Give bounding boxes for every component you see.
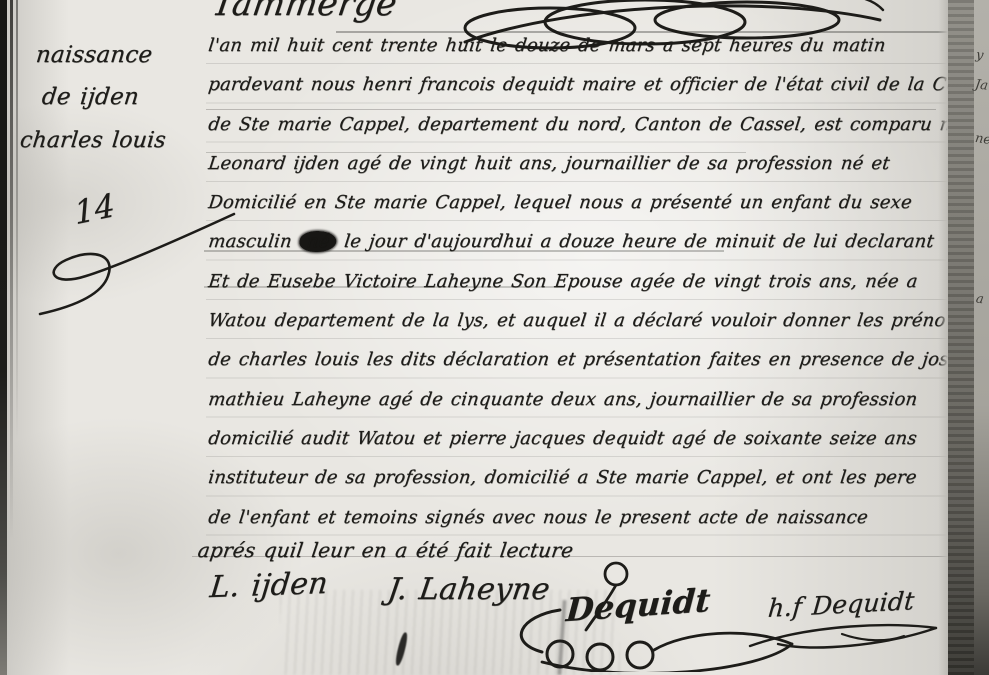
facing-page-fragment: ne <box>974 131 989 148</box>
gutter-transition <box>938 0 948 675</box>
margin-title-line-1: naissance <box>35 42 154 68</box>
page-gutter <box>948 0 974 675</box>
facing-page-strip <box>974 0 989 675</box>
body-line-3: de Ste marie Cappel, departement du nord… <box>206 105 967 144</box>
artifact-fold-line <box>192 556 962 557</box>
body-line-11: domicilié audit Watou et pierre jacques … <box>206 419 967 458</box>
facing-page-fragment: Ja <box>974 77 989 94</box>
act-body: l'an mil huit cent trente huit le douze … <box>206 26 962 537</box>
body-line-4: Leonard ijden agé de vingt huit ans, jou… <box>206 144 967 183</box>
body-line-12: instituteur de sa profession, domicilié … <box>206 458 967 497</box>
body-line-9: de charles louis les dits déclaration et… <box>206 340 967 379</box>
smudge-area <box>280 590 620 675</box>
binding-streak-thin <box>16 0 18 440</box>
body-line-8: Watou departement de la lys, et auquel i… <box>206 301 967 340</box>
artifact-line-row7 <box>204 286 564 288</box>
artifact-line-row4 <box>206 152 746 153</box>
artifact-line-row3 <box>206 109 936 110</box>
body-line-13: de l'enfant et temoins signés avec nous … <box>206 498 967 537</box>
body-line-6: masculin né le jour d'aujourdhui a douze… <box>206 222 967 261</box>
signature-hf-dequidt-flourish <box>742 618 946 656</box>
body-line-7: Et de Eusebe Victoire Laheyne Son Epouse… <box>206 262 967 301</box>
artifact-line-top <box>336 31 958 33</box>
binding-streak <box>10 0 13 540</box>
margin-title-line-3: charles louis <box>19 128 167 153</box>
prev-entry-fragment: Tammerge <box>209 0 399 24</box>
binding-edge-left <box>0 0 7 675</box>
body-line-10: mathieu Laheyne agé de cinquante deux an… <box>206 380 967 419</box>
margin-title-line-2: de ijden <box>41 84 141 110</box>
body-line-2: pardevant nous henri francois dequidt ma… <box>206 65 967 104</box>
body-line-5: Domicilié en Ste marie Cappel, lequel no… <box>206 183 967 222</box>
artifact-line-row6 <box>204 250 724 252</box>
scan-page: naissance de ijden charles louis 14 Tamm… <box>0 0 989 675</box>
